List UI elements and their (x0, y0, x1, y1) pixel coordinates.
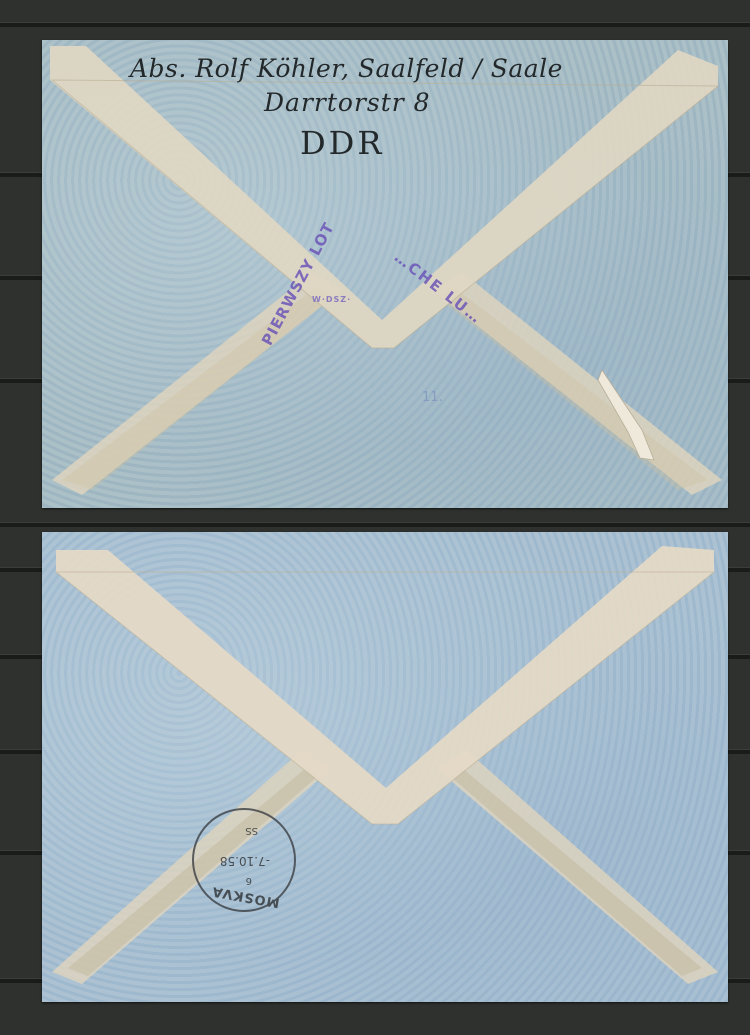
sender-name-address: Abs. Rolf Köhler, Saalfeld / Saale (130, 54, 563, 83)
moskva-postmark: MOSKVA 6 -7.10.58 SS (192, 808, 296, 912)
sender-street: Darrtorstr 8 (264, 88, 431, 117)
postmark-number: 6 (246, 875, 252, 886)
envelope-bottom: MOSKVA 6 -7.10.58 SS (42, 532, 728, 1002)
envelope-top: Abs. Rolf Köhler, Saalfeld / Saale Darrt… (42, 40, 728, 508)
stockbook-strip (0, 22, 750, 27)
stockbook-strip (0, 522, 750, 527)
postmark-city: MOSKVA (211, 883, 281, 910)
postmark-bottom-code: SS (245, 825, 258, 836)
cachet-date: 11. (422, 390, 443, 405)
envelope-flaps (42, 532, 728, 1002)
postmark-date: -7.10.58 (220, 854, 270, 868)
sender-country: DDR (300, 124, 384, 162)
cachet-text-inner: W·DSZ· (312, 295, 351, 304)
